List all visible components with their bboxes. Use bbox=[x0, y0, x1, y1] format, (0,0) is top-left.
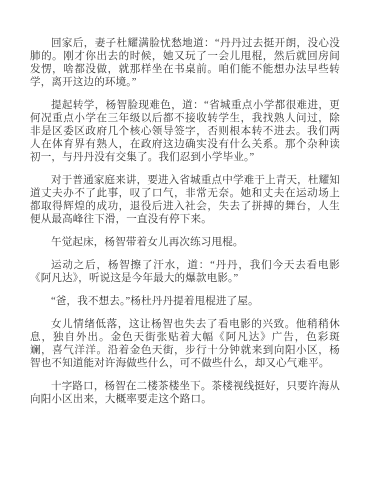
reader-page: 回家后，妻子杜耀满脸忧愁地道：“丹丹过去挺开朗，没心没肺的。刚才你出去的时候，她… bbox=[0, 0, 370, 480]
paragraph: 对于普通家庭来讲，要进入省城重点中学难于上青天，杜耀知道丈夫办不了此事，叹了口气… bbox=[30, 174, 340, 226]
paragraph: 提起转学，杨智脸现难色，道：“省城重点小学都很难进，更何况重点小学在三年级以后都… bbox=[30, 99, 340, 164]
text-body: 回家后，妻子杜耀满脸忧愁地道：“丹丹过去挺开朗，没心没肺的。刚才你出去的时候，她… bbox=[30, 37, 340, 406]
paragraph: 回家后，妻子杜耀满脸忧愁地道：“丹丹过去挺开朗，没心没肺的。刚才你出去的时候，她… bbox=[30, 37, 340, 89]
paragraph: 运动之后，杨智擦了汗水，道：“丹丹，我们今天去看电影《阿凡达》，听说这是今年最大… bbox=[30, 259, 340, 285]
paragraph: “爸，我不想去。”杨杜丹丹提着甩棍进了屋。 bbox=[30, 295, 340, 308]
paragraph: 女儿情绪低落，这让杨智也失去了看电影的兴致。他稍稍休息，独自外出。金色天街张贴着… bbox=[30, 318, 340, 370]
paragraph: 午觉起床，杨智带着女儿再次练习甩棍。 bbox=[30, 236, 340, 249]
paragraph: 十字路口，杨智在二楼茶楼坐下。茶楼视线挺好，只要许海从向阳小区出来，大概率要走这… bbox=[30, 380, 340, 406]
